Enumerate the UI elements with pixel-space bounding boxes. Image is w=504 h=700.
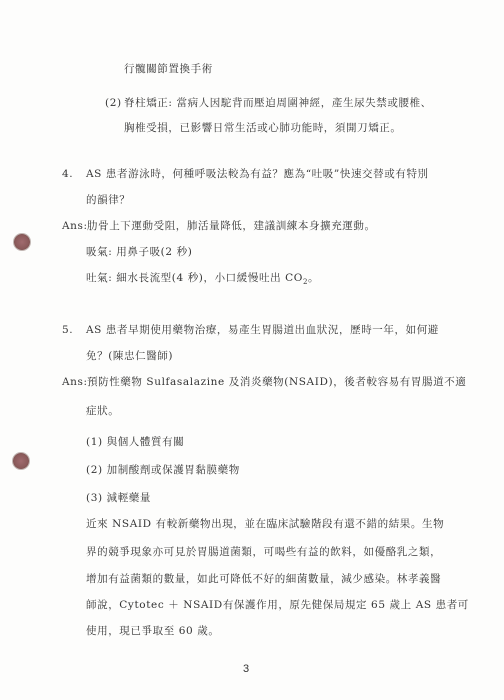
item-2-text-line2: 胸椎受損，已影響日常生活或心肺功能時，須開刀矯正。 xyxy=(124,121,402,135)
q4-inhale: 吸氣: 用鼻子吸(2 秒) xyxy=(86,245,192,259)
q5-point-2: (2) 加制酸劑或保護胃黏膜藥物 xyxy=(86,463,240,477)
q4-ans-label: Ans: xyxy=(62,219,88,233)
q5-paragraph-line2: 界的競爭現象亦可見於胃腸道菌類，可喝些有益的飲料，如優酪乳之類， xyxy=(86,545,441,559)
q5-point-1: (1) 與個人體質有關 xyxy=(86,435,184,449)
q5-question-line1: AS 患者早期使用藥物治療，易產生胃腸道出血狀況，歷時一年，如何避 xyxy=(86,323,439,337)
q5-point-3: (3) 減輕藥量 xyxy=(86,491,151,505)
q4-exhale: 吐氣: 細水長流型(4 秒)，小口緩慢吐出 CO2。 xyxy=(86,271,319,289)
page-number: 3 xyxy=(243,663,249,675)
q5-number: 5. xyxy=(62,323,73,337)
q4-exhale-text: 吐氣: 細水長流型(4 秒)，小口緩慢吐出 CO xyxy=(86,272,303,284)
continuation-line: 行髖關節置換手術 xyxy=(124,62,213,76)
q4-exhale-suffix: 。 xyxy=(308,272,319,284)
q4-question-line2: 的韻律？ xyxy=(86,193,130,207)
item-2-text-line1: 脊柱矯正: 當病人因駝背而壓迫周圍神經，產生尿失禁或腰椎、 xyxy=(124,96,432,110)
q5-paragraph-line1: 近來 NSAID 有較新藥物出現，並在臨床試驗階段有還不錯的結果。生物 xyxy=(86,517,444,531)
punch-hole-bottom xyxy=(13,453,29,469)
q4-question-line1: AS 患者游泳時，何種呼吸法較為有益？應為“吐吸”快速交替或有特別 xyxy=(86,167,429,181)
q4-answer-line1: 肋骨上下運動受阻，肺活量降低，建議訓練本身擴充運動。 xyxy=(87,219,376,233)
q5-answer-line2: 症狀。 xyxy=(86,404,119,418)
q5-question-line2: 免？(陳忠仁醫師) xyxy=(86,349,173,363)
q5-paragraph-line5: 使用，現已爭取至 60 歲。 xyxy=(86,624,219,638)
q5-paragraph-line4: 師說，Cytotec ＋ NSAID有保護作用，原先健保局規定 65 歲上 AS… xyxy=(86,598,469,612)
q5-ans-label: Ans: xyxy=(62,375,88,389)
document-page: 行髖關節置換手術 (2) 脊柱矯正: 當病人因駝背而壓迫周圍神經，產生尿失禁或腰… xyxy=(0,0,504,700)
q5-answer-line1: 預防性藥物 Sulfasalazine 及消炎藥物(NSAID)，後者較容易有胃… xyxy=(87,375,466,389)
punch-hole-top xyxy=(14,234,30,250)
item-2-marker: (2) xyxy=(105,96,122,110)
q5-paragraph-line3: 增加有益菌類的數量，如此可降低不好的細菌數量，減少感染。林孝義醫 xyxy=(86,572,441,586)
q4-number: 4. xyxy=(62,167,73,181)
